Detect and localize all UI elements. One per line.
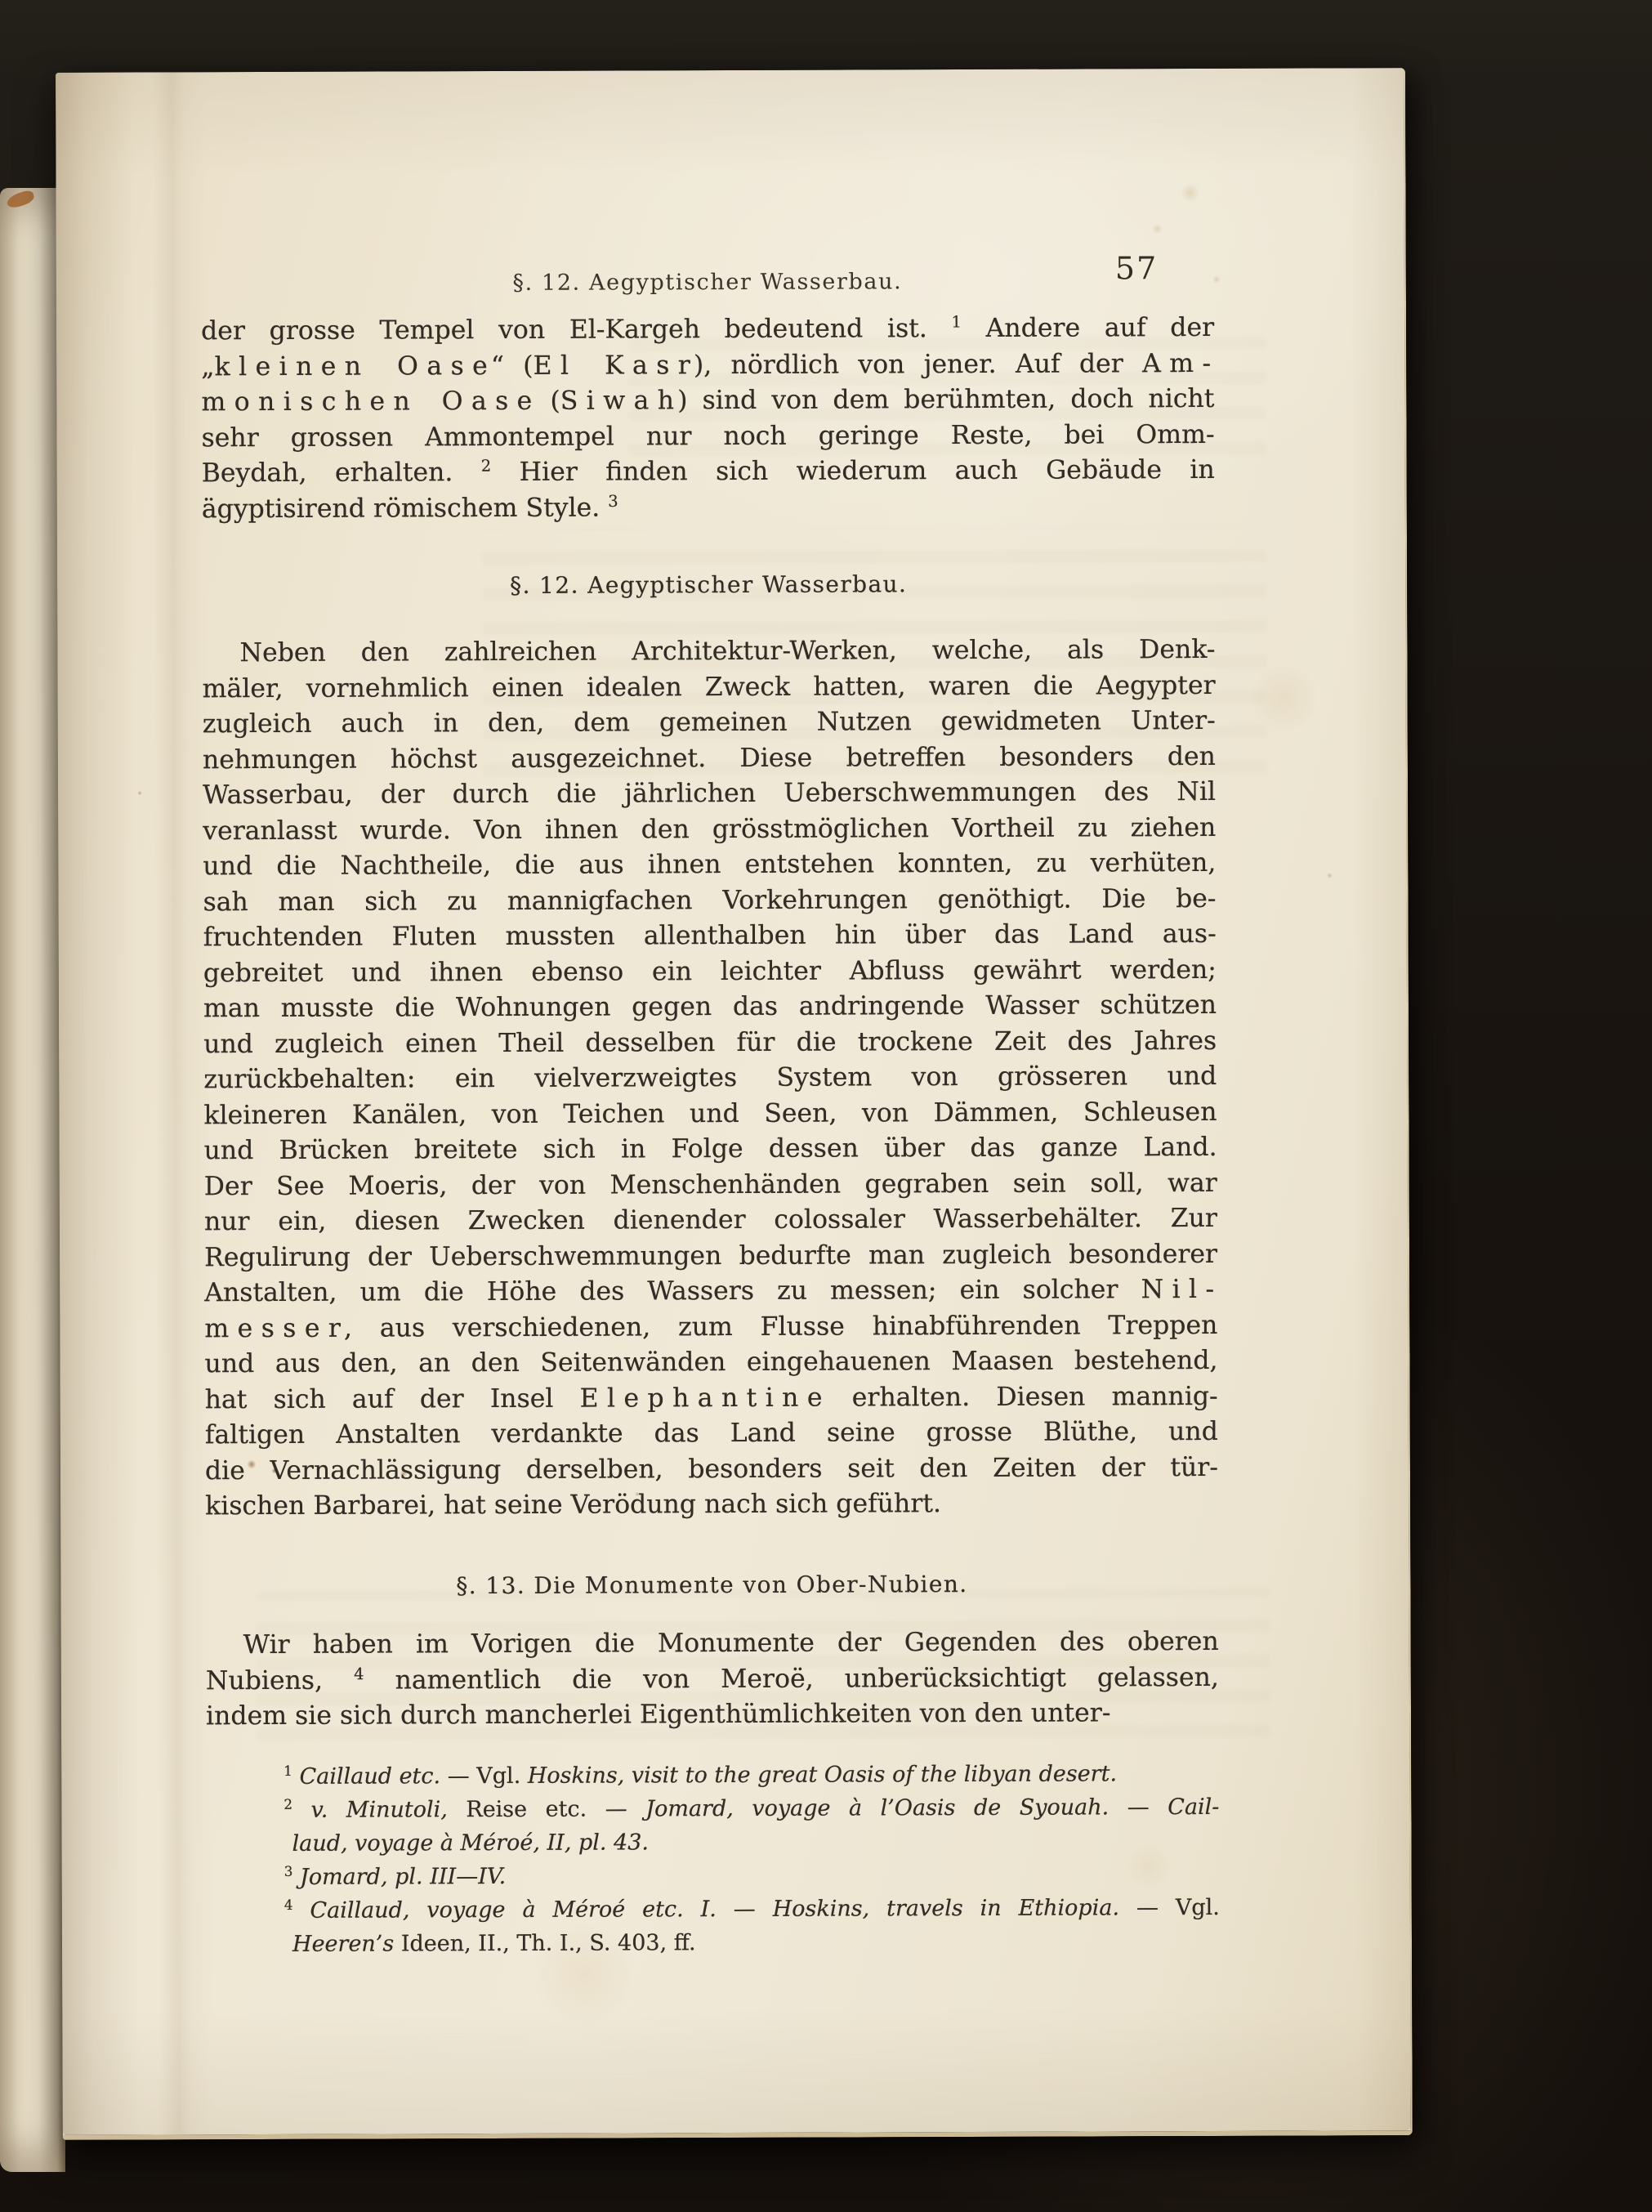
footnote-marker: 3 [284, 1863, 293, 1879]
section-12-paragraph: Neben den zahlreichen Architektur-Werken… [202, 632, 1218, 1525]
text-segment: §. 12. Aegyptischer Wasserbau. [510, 570, 907, 599]
text-segment: kleinen Oase [215, 351, 497, 382]
text-line: Wir haben im Vorigen die Monumente der G… [206, 1624, 1219, 1664]
text-segment: ), nördlich von jener. Auf der [694, 349, 1142, 380]
text-segment: faltigen Anstalten verdankte das Land se… [205, 1417, 1218, 1450]
text-segment: Ideen, II., Th. I., S. 403, ff. [394, 1930, 695, 1956]
text-segment: — [717, 1897, 773, 1922]
text-segment: §. 13. Die Monumente von Ober-Nubien. [456, 1571, 967, 1599]
text-segment: Reise etc. — [448, 1796, 646, 1822]
footnote-marker: 2 [284, 1796, 292, 1812]
running-header: §. 12. Aegyptischer Wasserbau. [201, 268, 1214, 297]
text-line: messer, aus verschiedenen, zum Flusse hi… [204, 1307, 1217, 1347]
previous-page-edge [0, 188, 65, 2172]
text-line: §. 12. Aegyptischer Wasserbau. [202, 569, 1215, 601]
text-segment: kischen Barbarei, hat seine Verödung nac… [205, 1489, 941, 1521]
footnote-marker: 4 [354, 1665, 364, 1683]
text-segment: Neben den zahlreichen Architektur-Werken… [239, 635, 1215, 668]
footnote-marker: 3 [608, 491, 618, 510]
text-segment: fruchtenden Fluten mussten allenthalben … [203, 919, 1217, 952]
text-segment: man musste die Wohnungen gegen das andri… [203, 990, 1217, 1023]
text-segment: v. Minutoli, [311, 1797, 448, 1823]
text-segment: “ ( [491, 351, 534, 380]
text-segment: Beydah, erhalten. [202, 458, 481, 488]
text-line: monischen Oase (Siwah) sind von dem berü… [201, 382, 1214, 421]
text-segment: nur ein, diesen Zwecken dienender coloss… [204, 1204, 1217, 1236]
text-segment: Anstalten, um die Höhe des Wassers zu me… [204, 1275, 1141, 1307]
paragraph-continued: der grosse Tempel von El-Kargeh bedeuten… [201, 311, 1215, 527]
text-segment: laud, voyage à Méroé, II, pl. 43. [292, 1830, 650, 1857]
text-line: fruchtenden Fluten mussten allenthalben … [203, 917, 1217, 956]
text-segment: ) sind von dem berühmten, doch nicht [677, 384, 1214, 415]
text-line: mäler, vornehmlich einen idealen Zweck h… [203, 668, 1216, 707]
text-line: zurückbehalten: ein vielverzweigtes Syst… [203, 1059, 1217, 1098]
text-line: kischen Barbarei, hat seine Verödung nac… [205, 1486, 1218, 1525]
text-segment: hat sich auf der Insel [205, 1383, 580, 1414]
text-line: Regulirung der Ueberschwemmungen bedurft… [204, 1236, 1217, 1276]
text-segment: gebreitet und ihnen ebenso ein leichter … [203, 954, 1217, 987]
text-segment: und die Nachtheile, die aus ihnen entste… [203, 848, 1216, 881]
text-line: Beydah, erhalten. 2 Hier finden sich wie… [202, 453, 1215, 492]
text-line: und zugleich einen Theil desselben für d… [203, 1023, 1217, 1062]
section-12-heading: §. 12. Aegyptischer Wasserbau. [202, 569, 1215, 601]
text-line: gebreitet und ihnen ebenso ein leichter … [203, 952, 1217, 991]
text-segment: ägyptisirend römischem Style. [202, 493, 609, 524]
text-line: hat sich auf der Insel Elephantine erhal… [205, 1379, 1218, 1418]
text-line: der grosse Tempel von El-Kargeh bedeuten… [201, 311, 1214, 350]
footnote-marker: 1 [951, 313, 962, 332]
text-segment: — [1109, 1794, 1168, 1820]
text-segment: Caillaud, voyage à Méroé etc. I. [310, 1897, 717, 1924]
text-segment: und aus den, an den Seitenwänden eingeha… [204, 1346, 1217, 1379]
text-segment: Caillaud etc. [299, 1763, 440, 1790]
text-segment: El Kasr [533, 351, 699, 381]
section-13-paragraph: Wir haben im Vorigen die Monumente der G… [206, 1624, 1219, 1735]
text-segment: Wir haben im Vorigen die Monumente der G… [243, 1627, 1219, 1660]
text-segment: indem sie sich durch mancherlei Eigenthü… [206, 1698, 1111, 1731]
text-line: und aus den, an den Seitenwänden eingeha… [204, 1343, 1217, 1383]
text-segment: Heeren’s [292, 1931, 394, 1956]
text-segment: messer [204, 1313, 349, 1343]
text-segment: namentlich die von Meroë, unberücksichti… [364, 1662, 1218, 1695]
text-segment: Nubiens, [206, 1665, 354, 1696]
text-segment: Jomard, pl. III—IV. [300, 1864, 506, 1890]
text-segment: die Vernachlässigung derselben, besonder… [205, 1452, 1218, 1485]
text-segment: und Brücken breitete sich in Folge desse… [204, 1133, 1217, 1165]
text-segment: ( [535, 387, 560, 416]
text-line: 4 Caillaud, voyage à Méroé etc. I. — Hos… [284, 1891, 1220, 1928]
text-line: Neben den zahlreichen Architektur-Werken… [202, 632, 1215, 672]
text-line: die Vernachlässigung derselben, besonder… [205, 1450, 1218, 1489]
text-line: faltigen Anstalten verdankte das Land se… [205, 1414, 1218, 1454]
footnote-marker: 1 [284, 1763, 292, 1779]
text-segment: Regulirung der Ueberschwemmungen bedurft… [204, 1239, 1217, 1271]
text-line: sehr grossen Ammontempel nur noch gering… [201, 417, 1214, 456]
text-segment: sah man sich zu mannigfachen Vorkehrunge… [203, 883, 1216, 916]
scanned-book-photo: 57 §. 12. Aegyptischer Wasserbau. der gr… [0, 0, 1652, 2212]
text-segment: Jomard, voyage à l’Oasis de Syouah. [645, 1794, 1109, 1821]
text-segment: mäler, vornehmlich einen idealen Zweck h… [203, 670, 1216, 703]
text-line: man musste die Wohnungen gegen das andri… [203, 988, 1217, 1027]
text-line: 3 Jomard, pl. III—IV. [284, 1857, 1220, 1894]
text-segment: kleineren Kanälen, von Teichen und Seen,… [203, 1097, 1217, 1129]
text-line: nur ein, diesen Zwecken dienender coloss… [204, 1201, 1217, 1240]
text-segment: sehr grossen Ammontempel nur noch gering… [202, 419, 1215, 452]
text-segment: Hoskins, visit to the great Oasis of the… [528, 1761, 1117, 1789]
text-line: Der See Moeris, der von Menschenhänden g… [204, 1165, 1217, 1204]
text-line: 1 Caillaud etc. — Vgl. Hoskins, visit to… [284, 1757, 1219, 1794]
section-13-heading: §. 13. Die Monumente von Ober-Nubien. [205, 1569, 1218, 1602]
text-line: nehmungen höchst ausgezeichnet. Diese be… [203, 739, 1216, 778]
text-line: ägyptisirend römischem Style. 3 [202, 488, 1215, 527]
text-segment: Der See Moeris, der von Menschenhänden g… [204, 1168, 1217, 1200]
text-segment: Am- [1142, 348, 1220, 378]
text-line: indem sie sich durch mancherlei Eigenthü… [206, 1696, 1219, 1735]
text-segment: , aus verschiedenen, zum Flusse hinabfüh… [344, 1310, 1217, 1343]
text-line: zugleich auch in den, dem gemeinen Nutze… [203, 704, 1216, 743]
text-segment: zurückbehalten: ein vielverzweigtes Syst… [203, 1061, 1217, 1094]
text-segment: Wasserbau, der durch die jährlichen Uebe… [203, 777, 1216, 810]
torn-corner-fleck [5, 189, 35, 210]
text-line: „kleinen Oase“ (El Kasr), nördlich von j… [201, 346, 1214, 385]
text-segment: Hoskins, travels in Ethiopia. [773, 1895, 1119, 1921]
text-segment: Elephantine [580, 1383, 831, 1413]
text-segment: veranlasst wurde. Von ihnen den grösstmö… [203, 812, 1216, 845]
text-segment: zugleich auch in den, dem gemeinen Nutze… [203, 706, 1216, 739]
text-segment: Nil- [1141, 1275, 1223, 1304]
text-column: §. 12. Aegyptischer Wasserbau. der gross… [200, 69, 1221, 2134]
text-segment: der grosse Tempel von El-Kargeh bedeuten… [201, 314, 952, 346]
text-segment: Hier finden sich wiederum auch Gebäude i… [491, 455, 1215, 487]
text-line: 2 v. Minutoli, Reise etc. — Jomard, voya… [284, 1790, 1219, 1827]
text-segment [292, 1798, 311, 1823]
text-line: Heeren’s Ideen, II., Th. I., S. 403, ff. [284, 1924, 1220, 1961]
footnote-marker: 4 [284, 1897, 293, 1913]
book-page: 57 §. 12. Aegyptischer Wasserbau. der gr… [56, 68, 1413, 2140]
text-segment [292, 1898, 310, 1924]
text-segment: Andere auf der [962, 313, 1214, 343]
text-segment: Cail- [1168, 1794, 1219, 1820]
text-line: Wasserbau, der durch die jährlichen Uebe… [203, 775, 1216, 814]
text-line: §. 13. Die Monumente von Ober-Nubien. [205, 1569, 1218, 1602]
text-line: Anstalten, um die Höhe des Wassers zu me… [204, 1272, 1217, 1312]
text-line: kleineren Kanälen, von Teichen und Seen,… [203, 1094, 1217, 1133]
text-segment: — Vgl. [440, 1763, 528, 1789]
footnotes: 1 Caillaud etc. — Vgl. Hoskins, visit to… [284, 1757, 1220, 1961]
text-segment: und zugleich einen Theil desselben für d… [203, 1026, 1217, 1058]
text-line: und Brücken breitete sich in Folge desse… [204, 1130, 1217, 1169]
text-line: laud, voyage à Méroé, II, pl. 43. [284, 1824, 1220, 1861]
text-line: veranlasst wurde. Von ihnen den grösstmö… [203, 810, 1216, 849]
text-segment: Siwah [560, 386, 683, 416]
text-segment: „ [201, 352, 214, 382]
text-segment: monischen Oase [201, 387, 540, 417]
text-segment: erhalten. Diesen mannig- [825, 1381, 1217, 1412]
text-segment: nehmungen höchst ausgezeichnet. Diese be… [203, 741, 1216, 774]
text-line: Nubiens, 4 namentlich die von Meroë, unb… [206, 1660, 1219, 1699]
text-line: und die Nachtheile, die aus ihnen entste… [203, 846, 1216, 885]
text-segment: — Vgl. [1119, 1895, 1220, 1920]
footnote-marker: 2 [481, 457, 492, 476]
text-line: sah man sich zu mannigfachen Vorkehrunge… [203, 881, 1216, 920]
